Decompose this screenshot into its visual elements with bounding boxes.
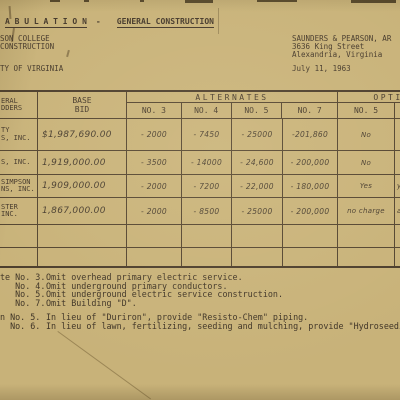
alt-no5-value [232,225,283,247]
bidder-name: SIMPSON NS, INC. [0,175,38,197]
opt-no5-value: no charge [338,198,395,224]
paper-edge-mark [140,0,144,2]
paper-edge-mark [185,0,213,3]
alt-no4-value: - 8500 [182,198,232,224]
alt-no5-value: - 24,600 [232,151,283,174]
alternate-notes: te No. 3.Omit overhead primary electric … [0,273,400,308]
opt-no6-value [395,225,400,247]
crease-mark [66,50,70,57]
document-title: A B U L A T I O N-GENERAL CONSTRUCTION [5,17,214,26]
footnotes: te No. 3.Omit overhead primary electric … [0,273,400,330]
empty-row [0,248,400,266]
bidder-name [0,225,38,247]
base-bid-amount [38,225,127,247]
col-header-bidders: ERAL DDERS [0,92,38,118]
opt-no6-value [395,119,400,150]
alt-no4-value: - 7450 [182,119,232,150]
opt-no5-value [338,225,395,247]
alt-no4-value [182,225,232,247]
title-section: GENERAL CONSTRUCTION [117,17,214,28]
title-dash: - [96,17,101,26]
alternates-group-label: ALTERNATES [127,92,337,103]
bidder-name: STER INC. [0,198,38,224]
title-left-fragment: A B U L A T I O N [5,17,87,28]
option-notes: n No. 5.In lieu of "Duriron", provide "R… [0,313,400,330]
bidder-row: S, INC. 1,919,000.00 - 3500 - 14000 - 24… [0,151,400,175]
alt-no7-value [283,248,338,266]
scanned-bid-tabulation-document: A B U L A T I O N-GENERAL CONSTRUCTION S… [0,0,400,400]
note-label: No. 6. [0,322,46,331]
alt-no3-value [127,225,182,247]
project-location-line: TY OF VIRGINIA [0,64,63,73]
alt-no7-value: - 200,000 [283,151,338,174]
alt-no4-value [182,248,232,266]
alt-no5-value [232,248,283,266]
document-date: July 11, 1963 [292,64,351,73]
opt-no6-value: a [395,198,400,224]
alt-no7-value: -201,860 [283,119,338,150]
base-bid-amount: 1,909,000.00 [38,175,127,197]
alt-no3-value: - 2000 [127,119,182,150]
paper-edge-mark [351,0,396,3]
opt-no5-value: No [338,119,395,150]
alternates-column-group: ALTERNATES NO. 3 NO. 4 NO. 5 NO. 7 [127,92,338,118]
opt-no6-value [395,248,400,266]
alt-no7-value: - 200,000 [283,198,338,224]
opt-no5-value: No [338,151,395,174]
alt-no3-value: - 2000 [127,175,182,197]
bidder-name [0,248,38,266]
alt-no4-value: - 14000 [182,151,232,174]
col-header-alt-no4: NO. 4 [182,103,232,118]
opt-no6-value: y [395,175,400,197]
base-bid-amount [38,248,127,266]
paper-edge-mark [257,0,297,2]
alt-no4-value: - 7200 [182,175,232,197]
col-header-base-bid: BASE BID [38,92,127,118]
bidder-row: STER INC. 1,867,000.00 - 2000 - 8500 - 2… [0,198,400,225]
base-bid-amount: $1,987,690.00 [38,119,127,150]
alt-no7-value: - 180,000 [283,175,338,197]
bid-tabulation-table: ERAL DDERS BASE BID ALTERNATES NO. 3 NO.… [0,90,400,268]
alt-no3-value: - 3500 [127,151,182,174]
paper-edge-mark [84,0,89,2]
note-text: In lieu of lawn, fertilizing, seeding an… [46,322,400,331]
alt-no5-value: - 22,000 [232,175,283,197]
alt-no5-value: - 25000 [232,119,283,150]
note-line: No. 7.Omit Building "D". [0,299,400,308]
bidder-row: TY S, INC. $1,987,690.00 - 2000 - 7450 -… [0,119,400,151]
opt-no5-value [338,248,395,266]
col-header-alt-no5: NO. 5 [232,103,283,118]
col-header-alt-no3: NO. 3 [127,103,182,118]
col-header-opt-no5: NO. 5 [338,103,395,118]
col-header-alt-no7: NO. 7 [282,103,337,118]
diagonal-crease [57,331,151,399]
project-type-line: CONSTRUCTION [0,42,54,51]
bidder-name: S, INC. [0,151,38,174]
bidder-name: TY S, INC. [0,119,38,150]
options-column-group: OPTIONS NO. 5 [338,92,400,118]
alt-no7-value [283,225,338,247]
note-label: No. 7. [0,299,46,308]
table-header-row: ERAL DDERS BASE BID ALTERNATES NO. 3 NO.… [0,92,400,119]
architect-city: Alexandria, Virginia [292,50,382,59]
options-group-label: OPTIONS [338,92,400,103]
empty-row [0,225,400,248]
opt-no6-value [395,151,400,174]
alt-no3-value [127,248,182,266]
note-line: No. 6.In lieu of lawn, fertilizing, seed… [0,322,400,331]
base-bid-amount: 1,919,000.00 [38,151,127,174]
paper-edge-mark [50,0,60,2]
alt-no3-value: - 2000 [127,198,182,224]
base-bid-amount: 1,867,000.00 [38,198,127,224]
crease-mark [218,8,219,34]
col-header-opt-no6 [395,103,400,118]
opt-no5-value: Yes [338,175,395,197]
bidder-row: SIMPSON NS, INC. 1,909,000.00 - 2000 - 7… [0,175,400,198]
note-text: Omit Building "D". [46,299,400,308]
alt-no5-value: - 25000 [232,198,283,224]
